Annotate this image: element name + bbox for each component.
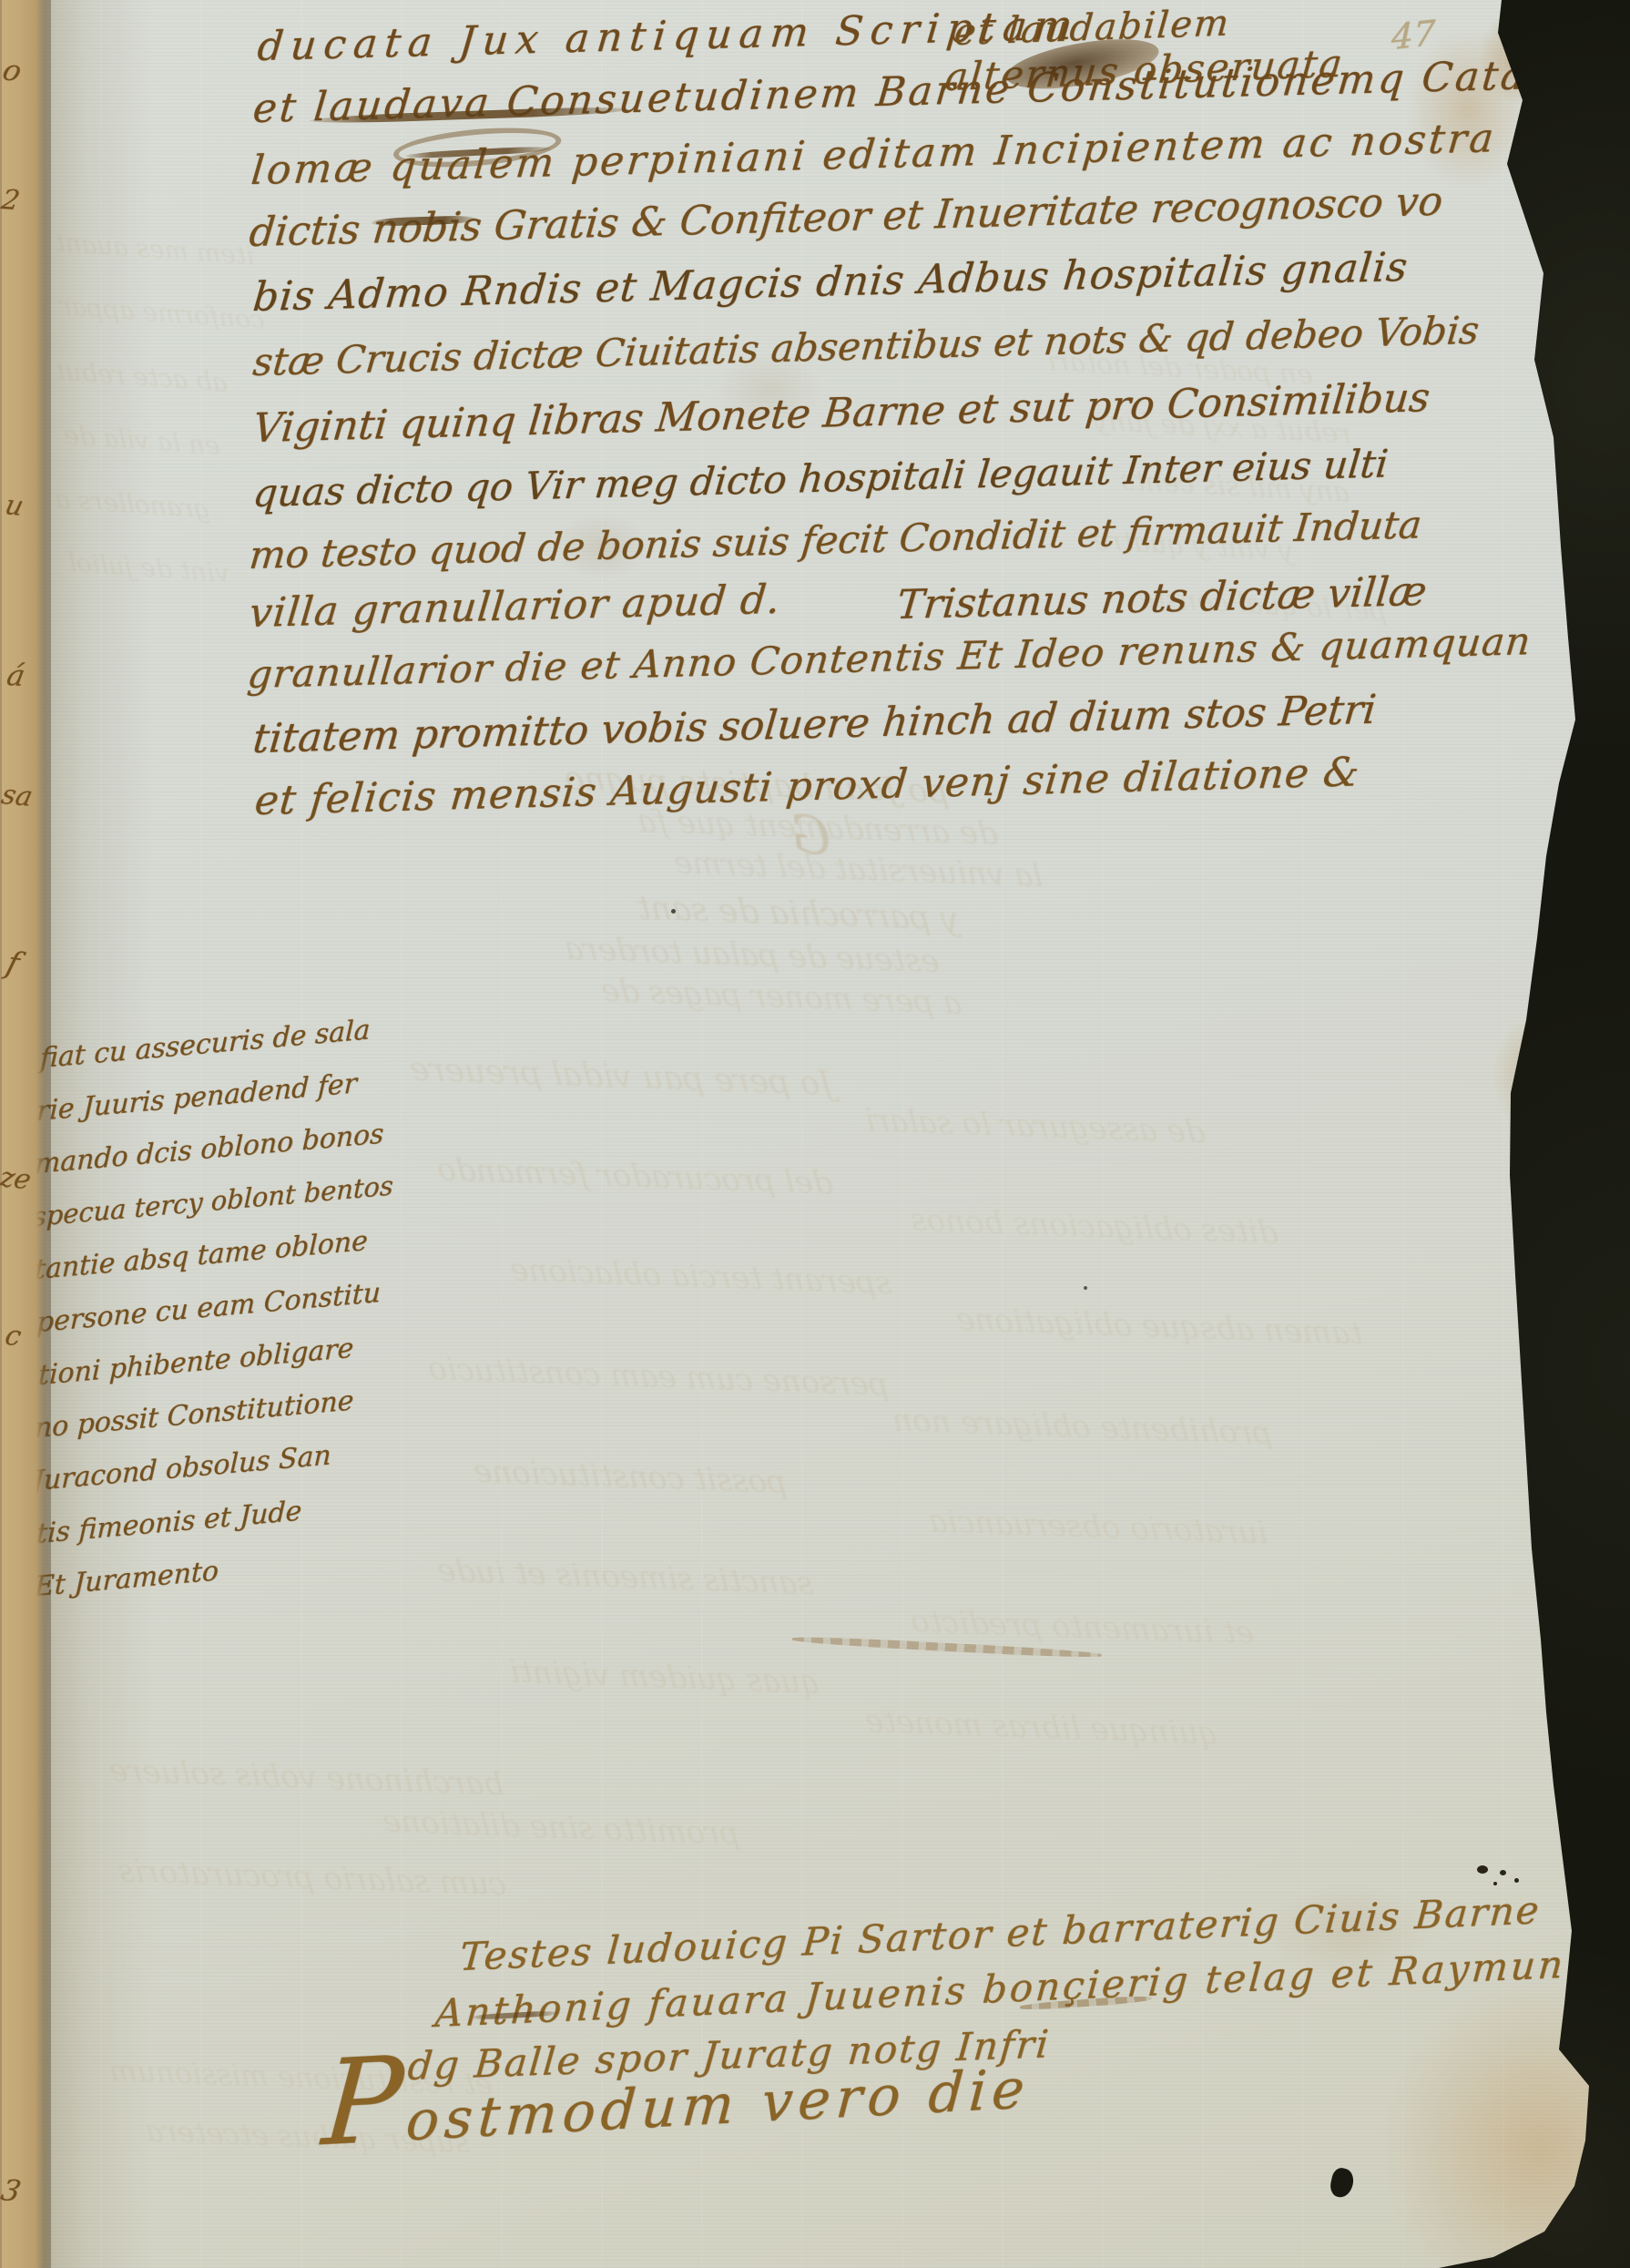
- bleedthrough-line: conforme appar: [59, 293, 266, 333]
- margin-note-line: tis fimeonis et Jude: [36, 1497, 301, 1548]
- speck-mark: [1493, 1882, 1497, 1885]
- bleedthrough-line: ab acte rebut: [54, 358, 228, 395]
- bleedthrough-line: prohibente obligare non: [891, 1405, 1274, 1450]
- margin-note-line: mando dcis oblono bonos: [34, 1120, 383, 1179]
- bleedthrough-line: granollers a: [54, 486, 210, 523]
- speck-mark: [1477, 1865, 1488, 1874]
- bleedthrough-line: vint de juliol: [67, 550, 229, 587]
- edge-ink-fragment: sa: [0, 782, 35, 811]
- bleedthrough-line: cum salario procuratoris: [117, 1856, 508, 1901]
- bleedthrough-line: quas quidem viginti: [509, 1657, 822, 1699]
- bleedthrough-line: de assegurar lo salari: [864, 1105, 1207, 1148]
- edge-ink-fragment: u: [3, 492, 26, 520]
- manuscript-line: bis Admo Rndis et Magcis dnis Adbus hosp…: [251, 248, 1410, 318]
- book-gutter-edge: o2uásafzec3: [0, 0, 51, 2268]
- folio-number: 47: [1391, 15, 1436, 55]
- edge-ink-fragment: c: [3, 1323, 24, 1351]
- margin-note-line: Juracond obsolus San: [32, 1442, 331, 1496]
- margin-note-line: no possit Constitutione: [34, 1387, 353, 1443]
- manuscript-line: villa granullarior apud d.: [248, 580, 782, 634]
- edge-ink-fragment: ze: [0, 1164, 34, 1194]
- bleedthrough-line: y parrochia de sant: [637, 893, 961, 936]
- margin-note-line: rie Juuris penadend fer: [36, 1070, 357, 1126]
- bleedthrough-line: persone cum eam constitucio: [427, 1354, 890, 1401]
- bleedthrough-line: iuratorio obseruancia: [928, 1506, 1269, 1548]
- margin-note-line: Et Juramento: [34, 1558, 219, 1601]
- bleedthrough-line: Jo pere pau vidal preuere: [409, 1054, 835, 1101]
- margin-note-line: fiat cu assecuris de sala: [39, 1017, 370, 1073]
- edge-ink-fragment: 3: [0, 2175, 24, 2206]
- bleedthrough-line: sanctis simeonis et iude: [436, 1556, 815, 1600]
- edge-ink-fragment: á: [5, 660, 27, 690]
- manuscript-page: Gpo Joan baptista pugnode arrendament qu…: [0, 0, 1592, 2268]
- edge-ink-fragment: f: [4, 947, 23, 979]
- edge-ink-fragment: 2: [0, 187, 22, 215]
- bleedthrough-line: en la vila de: [63, 423, 220, 459]
- speck-mark: [1514, 1878, 1519, 1883]
- bleedthrough-line: tamen absque obligatione: [955, 1304, 1364, 1350]
- bleedthrough-line: possit constitucione: [473, 1456, 789, 1498]
- margin-note-line: persone cu eam Constitu: [36, 1280, 381, 1337]
- bleedthrough-line: item mes auant: [55, 230, 255, 269]
- speck-mark: [1500, 1870, 1506, 1875]
- bleedthrough-line: barchinone vobis soluere: [108, 1755, 505, 1800]
- margin-note-line: specua tercy oblont bentos: [32, 1172, 393, 1231]
- manuscript-photo: { "colors":{ "ink":"#74501f", "ink_dark"…: [0, 0, 1630, 2268]
- bleedthrough-line: et iuramento predicto: [910, 1606, 1256, 1649]
- bleedthrough-line: quinque libras monete: [864, 1706, 1220, 1750]
- manuscript-line: titatem promitto vobis soluere hinch ad …: [251, 690, 1378, 760]
- speck-mark: [1084, 1286, 1087, 1290]
- edge-ink-fragment: o: [0, 55, 25, 86]
- blot-mark: [1329, 2166, 1356, 2199]
- margin-note-line: tioni phibente obligare: [37, 1335, 353, 1390]
- bleedthrough-line: a pere moner pages de: [600, 976, 963, 1019]
- bleedthrough-line: esteue de palau tordera: [564, 934, 941, 977]
- speck-mark: [671, 909, 676, 914]
- bleedthrough-line: la vniuersitat del terme: [673, 848, 1044, 892]
- bleedthrough-line: sperant tercia oblacione: [509, 1255, 893, 1300]
- manuscript-line: quas dicto qo Vir meg dicto hospitali le…: [251, 444, 1390, 513]
- bleedthrough-line: dites obligacions bonos: [910, 1205, 1279, 1249]
- manuscript-line: granullarior die et Anno Contentis Et Id…: [246, 622, 1533, 694]
- bleedthrough-line: promitto sine dilatione: [382, 1806, 741, 1850]
- margin-note-line: tantie absq tame oblone: [34, 1228, 368, 1284]
- bleedthrough-line: del procurador fermando: [436, 1154, 834, 1199]
